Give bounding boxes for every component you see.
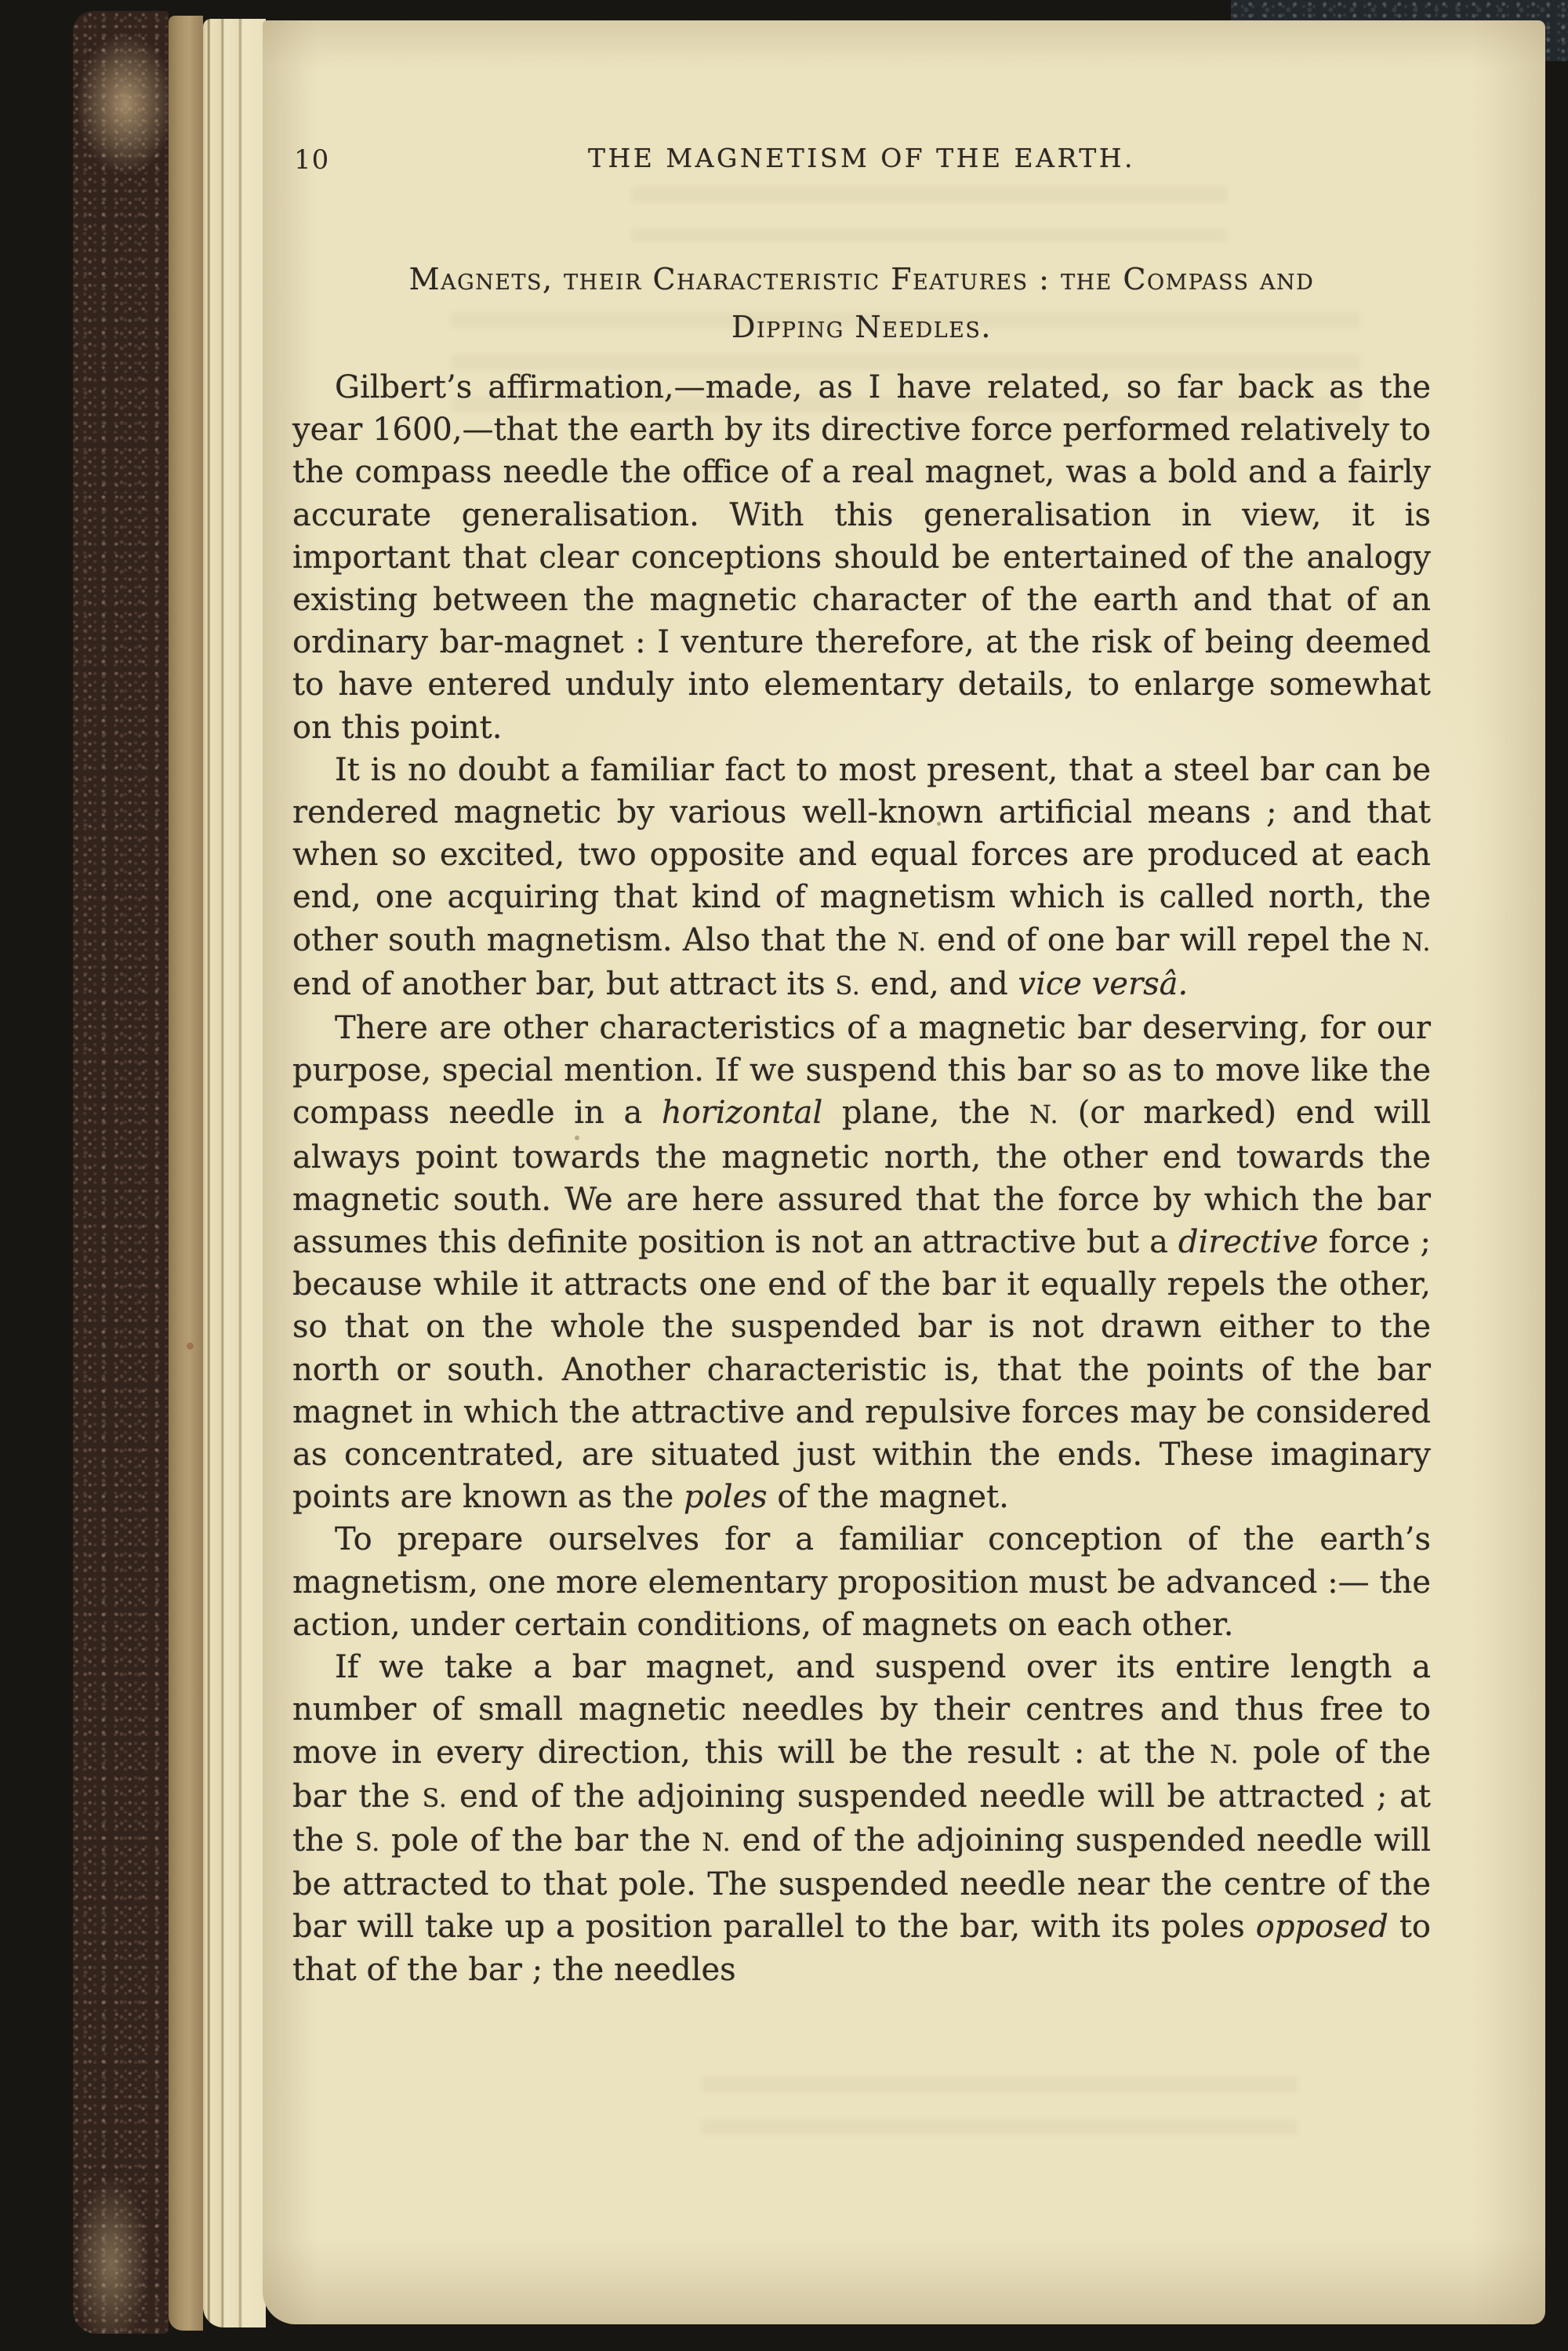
- book-spine-binding: [73, 11, 169, 2334]
- stacked-page-edges: [203, 19, 266, 2327]
- page-number: 10: [294, 144, 329, 176]
- running-title: THE MAGNETISM OF THE EARTH.: [292, 143, 1431, 173]
- section-heading-line1: Magnets, their Characteristic Features :…: [409, 262, 1315, 296]
- section-heading-line2: Dipping Needles.: [731, 310, 992, 344]
- bleedthrough-smudge: [631, 187, 1227, 242]
- paragraph: To prepare ourselves for a familiar conc…: [292, 1518, 1431, 1646]
- paragraph: There are other characteristics of a mag…: [292, 1007, 1431, 1518]
- paragraphs: Gilbert’s affirmation,—made, as I have r…: [292, 366, 1431, 1991]
- spine-hinge-strip: [169, 16, 203, 2331]
- section-heading: Magnets, their Characteristic Features :…: [292, 256, 1431, 351]
- book-scan: 10 THE MAGNETISM OF THE EARTH. Magnets, …: [0, 0, 1568, 2351]
- paragraph: It is no doubt a familiar fact to most p…: [292, 749, 1431, 1007]
- paragraph: Gilbert’s affirmation,—made, as I have r…: [292, 366, 1431, 749]
- book-page: 10 THE MAGNETISM OF THE EARTH. Magnets, …: [263, 20, 1545, 2324]
- paragraph: If we take a bar magnet, and suspend ove…: [292, 1646, 1431, 1991]
- page-header: 10 THE MAGNETISM OF THE EARTH.: [292, 143, 1431, 180]
- bleedthrough-smudge: [702, 2077, 1298, 2152]
